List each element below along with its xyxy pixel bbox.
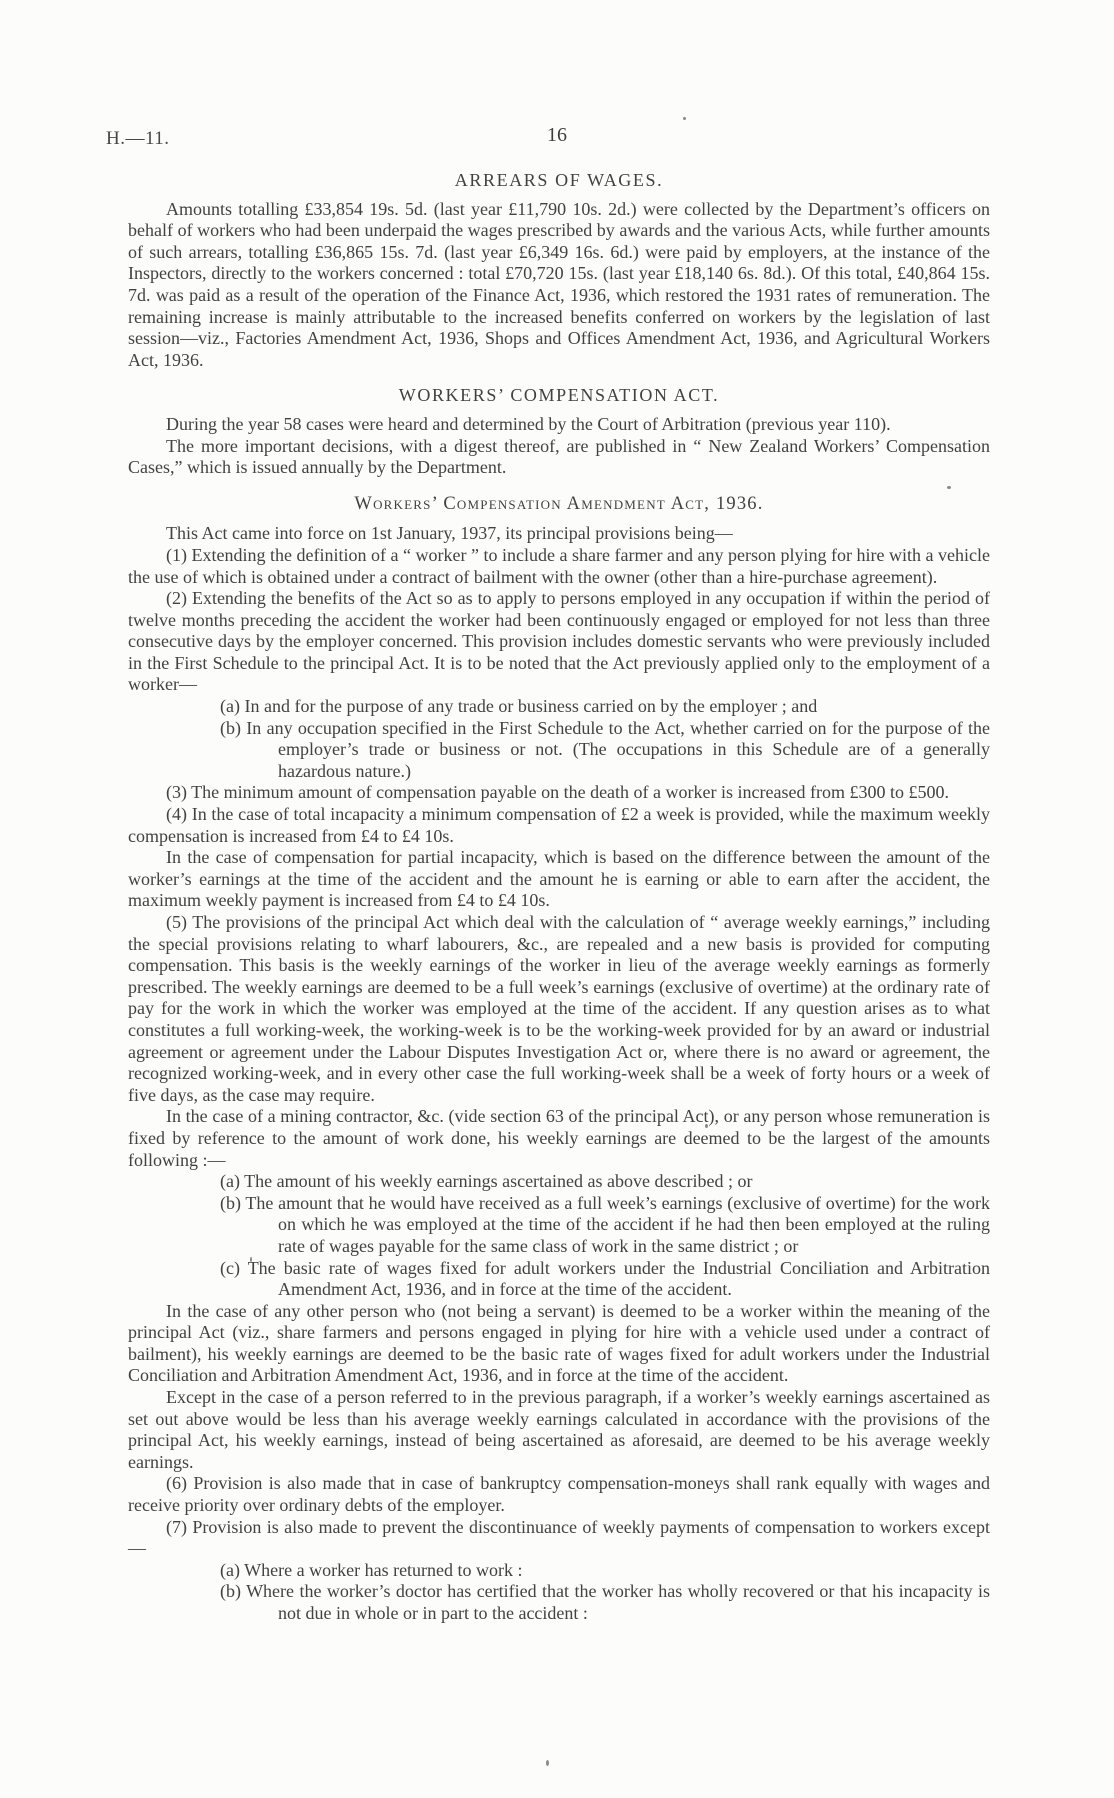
list-item-worker-a: (a) In and for the purpose of any trade … <box>278 696 990 718</box>
paragraph-provision-3: (3) The minimum amount of compensation p… <box>128 782 990 804</box>
paragraph-intro: This Act came into force on 1st January,… <box>128 523 990 545</box>
paragraph-other-person: In the case of any other person who (not… <box>128 1301 990 1387</box>
paragraph-provision-7: (7) Provision is also made to prevent th… <box>128 1517 990 1560</box>
scan-speck <box>705 1124 708 1128</box>
section-heading-workers-compensation-act: WORKERS’ COMPENSATION ACT. <box>128 385 990 407</box>
section-heading-arrears-of-wages: ARREARS OF WAGES. <box>128 170 990 192</box>
paragraph-decisions-published: The more important decisions, with a dig… <box>128 436 990 479</box>
list-item-discontinuance-a: (a) Where a worker has returned to work … <box>278 1560 990 1582</box>
paragraph-partial-incapacity: In the case of compensation for partial … <box>128 847 990 912</box>
page-body: ARREARS OF WAGES. Amounts totalling £33,… <box>128 170 990 1625</box>
paragraph-provision-4: (4) In the case of total incapacity a mi… <box>128 804 990 847</box>
paragraph-provision-6: (6) Provision is also made that in case … <box>128 1473 990 1516</box>
list-item-amounts-a: (a) The amount of his weekly earnings as… <box>278 1171 990 1193</box>
paragraph-except-case: Except in the case of a person referred … <box>128 1387 990 1473</box>
paragraph-arrears: Amounts totalling £33,854 19s. 5d. (last… <box>128 199 990 372</box>
scanned-document-page: H.—11. 16 ARREARS OF WAGES. Amounts tota… <box>0 0 1114 1798</box>
scan-speck <box>546 1760 549 1766</box>
section-heading-amendment-act-1936: Workers’ Compensation Amendment Act, 193… <box>128 494 990 516</box>
list-item-discontinuance-b: (b) Where the worker’s doctor has certif… <box>278 1581 990 1624</box>
paragraph-cases-heard: During the year 58 cases were heard and … <box>128 414 990 436</box>
paragraph-provision-1: (1) Extending the definition of a “ work… <box>128 545 990 588</box>
list-item-worker-b: (b) In any occupation specified in the F… <box>278 718 990 783</box>
paragraph-provision-2: (2) Extending the benefits of the Act so… <box>128 588 990 696</box>
scan-speck <box>947 486 951 489</box>
list-item-amounts-c: (c) The basic rate of wages fixed for ad… <box>278 1258 990 1301</box>
list-item-amounts-b: (b) The amount that he would have receiv… <box>278 1193 990 1258</box>
page-number: 16 <box>0 124 1114 147</box>
paragraph-provision-5: (5) The provisions of the principal Act … <box>128 912 990 1106</box>
scan-speck <box>250 1257 252 1262</box>
scan-speck <box>683 117 686 120</box>
paragraph-mining-contractor: In the case of a mining contractor, &c. … <box>128 1106 990 1171</box>
